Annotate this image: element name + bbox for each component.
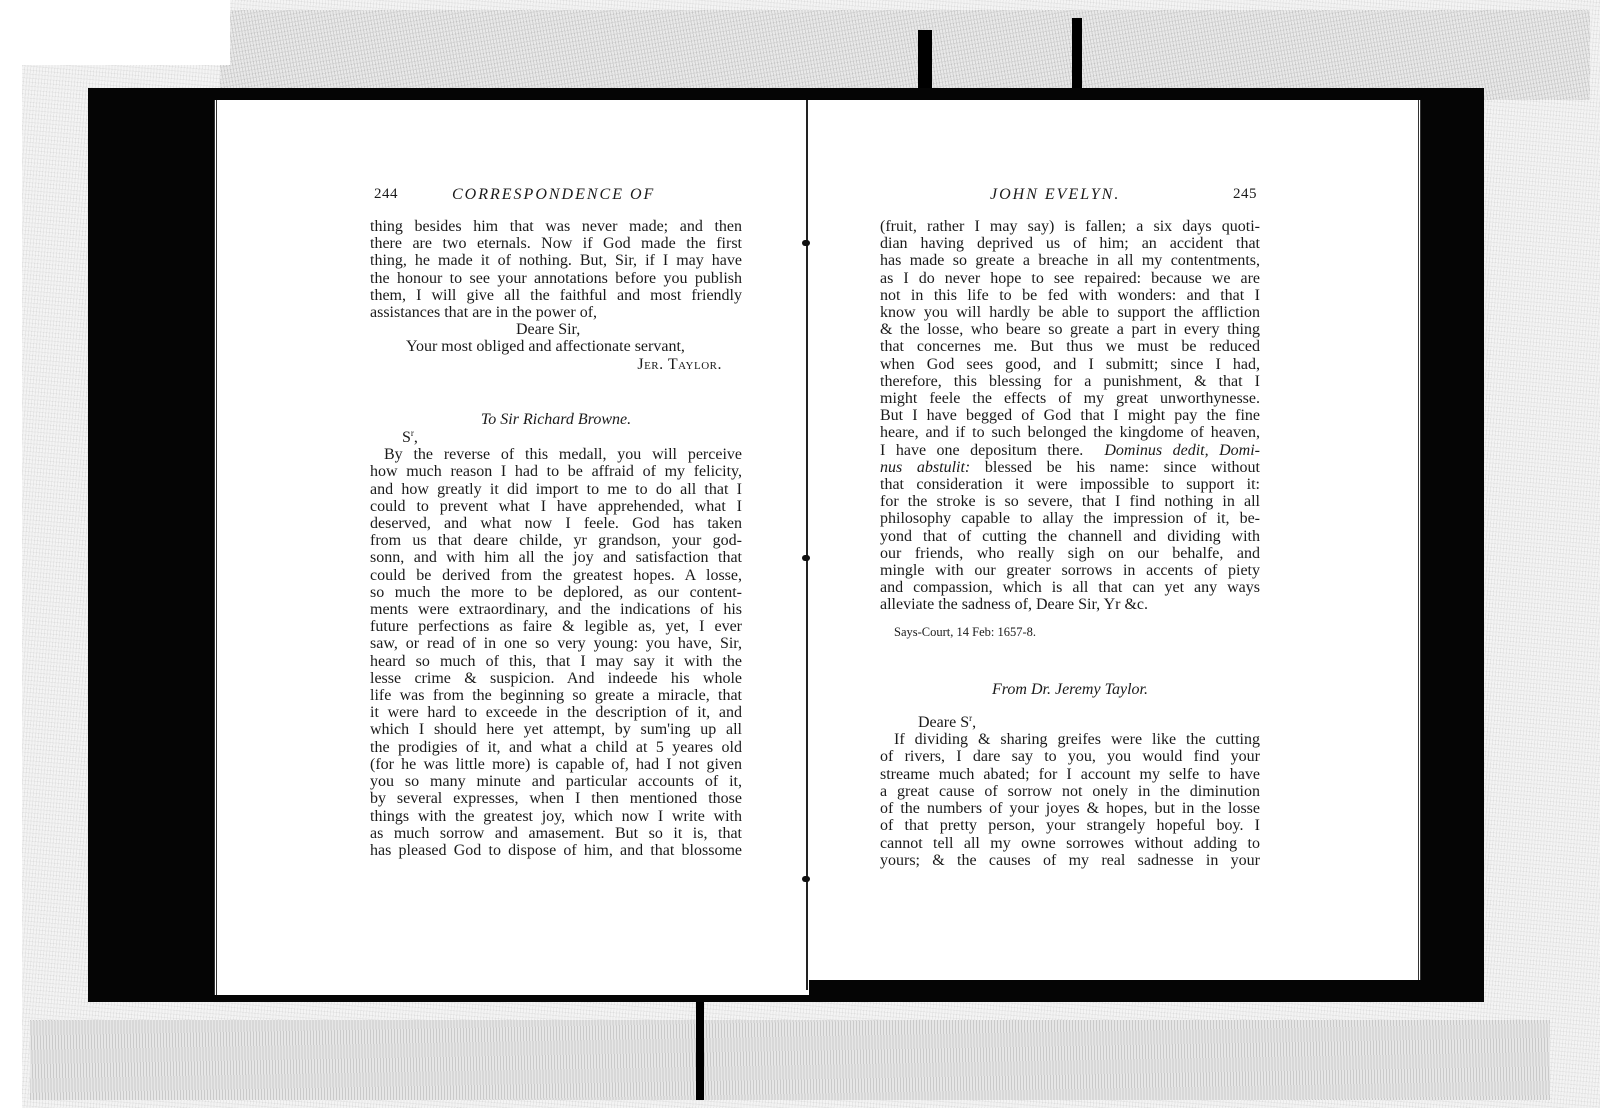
text-line: thing besides him that was never made; a… <box>370 218 742 235</box>
running-head-title: JOHN EVELYN. <box>990 186 1120 203</box>
scan-margin-topleft <box>0 0 230 65</box>
text-line: not in this life to be fed with wonders:… <box>880 287 1260 304</box>
latin-phrase: Dominus dedit, Domi- <box>1104 442 1260 459</box>
text-line: know you will hardly be able to support … <box>880 304 1260 321</box>
binding-stitch <box>802 876 810 882</box>
text-line: yours; & the causes of my real sadnesse … <box>880 852 1260 869</box>
page-number: 244 <box>374 186 398 203</box>
text-line: how much reason I had to be affraid of m… <box>370 463 742 480</box>
continuation-text: thing besides him that was never made; a… <box>370 218 742 321</box>
scan-margin-left <box>0 0 22 1108</box>
text-line: it were hard to exceede in the descripti… <box>370 704 742 721</box>
text-line: has pleased God to dispose of him, and t… <box>370 842 742 859</box>
text-line: But I have begged of God that I might pa… <box>880 407 1260 424</box>
text-line: philosophy capable to allay the impressi… <box>880 510 1260 527</box>
text-line: & the losse, who beare so greate a part … <box>880 321 1260 338</box>
text-line: By the reverse of this medall, you will … <box>370 446 742 463</box>
letter-salutation: Sr, <box>370 429 742 446</box>
latin-phrase: nus abstulit: <box>880 459 970 476</box>
text-line: thing, he made it of nothing. But, Sir, … <box>370 252 742 269</box>
letter-salutation: Deare Sr, <box>880 714 1260 731</box>
text-line: sonn, and with him all the joy and satis… <box>370 549 742 566</box>
text-line: saw, or read of in one so very young: yo… <box>370 635 742 652</box>
continuation-text: (fruit, rather I may say) is fallen; a s… <box>880 218 1260 614</box>
text-line: which I should here yet attempt, by sum'… <box>370 721 742 738</box>
text-line: life was from the beginning so greate a … <box>370 687 742 704</box>
text-line: for the stroke is so severe, that I find… <box>880 493 1260 510</box>
page-number: 245 <box>1233 186 1257 203</box>
text-line: them, I will give all the faithful and m… <box>370 287 742 304</box>
text-line: and how greatly it did import to me to d… <box>370 481 742 498</box>
text-line: that concernes me. But thus we must be r… <box>880 338 1260 355</box>
text-line: things with the greatest joy, which now … <box>370 808 742 825</box>
scan-noise-bottom <box>30 1020 1550 1100</box>
text-line: therefore, this blessing for a punishmen… <box>880 373 1260 390</box>
binding-stitch <box>802 555 810 561</box>
text-line: by several expresses, when I then mentio… <box>370 790 742 807</box>
letter-signature: Jer. Taylor. <box>370 356 742 373</box>
letter-body: By the reverse of this medall, you will … <box>370 446 742 859</box>
text-line: you so many minute and particular accoun… <box>370 773 742 790</box>
letter-body: If dividing & sharing greifes were like … <box>880 731 1260 869</box>
text-line: so much the more to be deplored, as our … <box>370 584 742 601</box>
text-line: assistances that are in the power of, <box>370 304 742 321</box>
text-line: nus abstulit: blessed be his name: since… <box>880 459 1260 476</box>
text-line: when God sees good, and I submitt; since… <box>880 356 1260 373</box>
text-line: a great cause of sorrow not onely in the… <box>880 783 1260 800</box>
text-line: as much sorrow and amasement. But so it … <box>370 825 742 842</box>
book-gutter <box>806 100 808 990</box>
page-tab-mark <box>696 1000 704 1100</box>
text-line: has made so greate a breache in all my c… <box>880 252 1260 269</box>
text-line: future perfections as faire & legible as… <box>370 618 742 635</box>
text-line: deserved, and what now I feele. God has … <box>370 515 742 532</box>
running-head-right: JOHN EVELYN. 245 <box>880 186 1260 218</box>
text-line: our friends, who really sigh on our beha… <box>880 545 1260 562</box>
text-line: cannot tell all my owne sorrowes without… <box>880 835 1260 852</box>
text-line: might feele the effects of my great unwo… <box>880 390 1260 407</box>
text-line: heard so much of this, that I may say it… <box>370 653 742 670</box>
binding-stitch <box>802 240 810 246</box>
text-line: as I do never hope to see repaired: beca… <box>880 270 1260 287</box>
text-line: (for he was little more) is capable of, … <box>370 756 742 773</box>
text-line: of that pretty person, your strangely ho… <box>880 817 1260 834</box>
text-line: (fruit, rather I may say) is fallen; a s… <box>880 218 1260 235</box>
letter-closing-line: Your most obliged and affectionate serva… <box>370 338 742 355</box>
text-line: streame much abated; for I account my se… <box>880 766 1260 783</box>
letter-heading: To Sir Richard Browne. <box>370 411 742 428</box>
letter-dateline: Says-Court, 14 Feb: 1657-8. <box>880 624 1260 641</box>
text-line: yond that of cutting the channell and di… <box>880 528 1260 545</box>
text-line: the honour to see your annotations befor… <box>370 270 742 287</box>
left-page-text: 244 CORRESPONDENCE OF thing besides him … <box>370 186 742 859</box>
text-line: alleviate the sadness of, Deare Sir, Yr … <box>880 596 1260 613</box>
text-line: dian having deprived us of him; an accid… <box>880 235 1260 252</box>
text-line: of rivers, I dare say to you, you would … <box>880 748 1260 765</box>
letter-heading: From Dr. Jeremy Taylor. <box>880 681 1260 698</box>
text-line: that consideration it were impossible to… <box>880 476 1260 493</box>
text-line: from us that deare childe, yr grandson, … <box>370 532 742 549</box>
text-line: of the numbers of your joyes & hopes, bu… <box>880 800 1260 817</box>
scan-noise-top <box>220 10 1590 100</box>
text-line: lesse crime & suspicion. And indeede his… <box>370 670 742 687</box>
right-page-text: JOHN EVELYN. 245 (fruit, rather I may sa… <box>880 186 1260 869</box>
text-line: ments were extraordinary, and the indica… <box>370 601 742 618</box>
text-line: could to prevent what I have apprehended… <box>370 498 742 515</box>
text-line: If dividing & sharing greifes were like … <box>880 731 1260 748</box>
text-line: I have one depositum there. Dominus dedi… <box>880 442 1260 459</box>
letter-closing: Deare Sir, <box>370 321 742 338</box>
text-line: could be derived from the greatest hopes… <box>370 567 742 584</box>
text-line: heare, and if to such belonged the kingd… <box>880 424 1260 441</box>
running-head-title: CORRESPONDENCE OF <box>452 186 655 203</box>
text-line: there are two eternals. Now if God made … <box>370 235 742 252</box>
running-head-left: 244 CORRESPONDENCE OF <box>370 186 742 218</box>
text-line: the prodigies of it, and what a child at… <box>370 739 742 756</box>
text-line: and compassion, which is all that can ye… <box>880 579 1260 596</box>
text-line: mingle with our greater sorrows in accen… <box>880 562 1260 579</box>
